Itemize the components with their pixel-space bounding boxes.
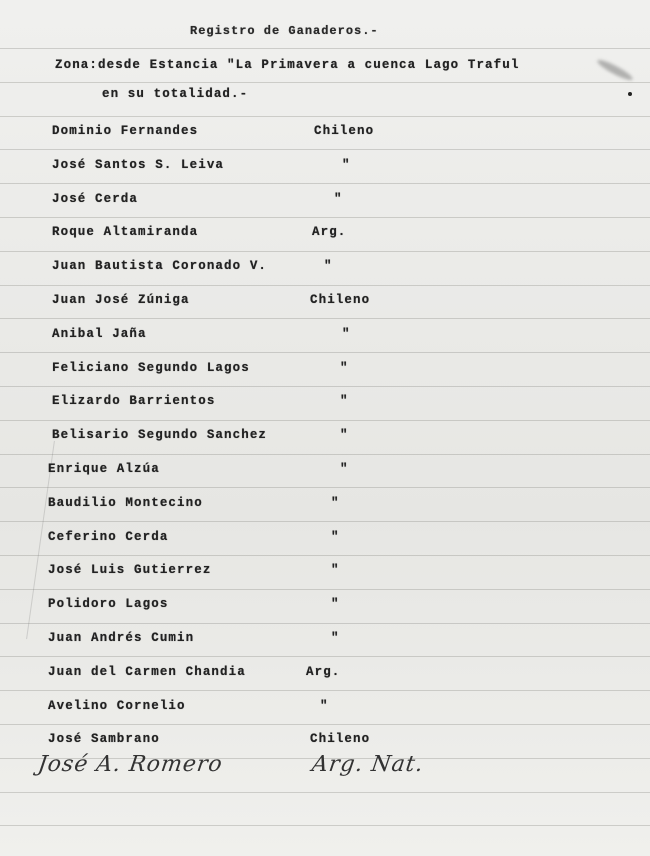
nationality-ditto-mark: " <box>331 631 340 645</box>
zone-description-line-2: en su totalidad.- <box>102 87 248 101</box>
rancher-name: Avelino Cornelio <box>48 699 186 713</box>
ruled-line <box>0 589 650 590</box>
nationality: Chileno <box>314 124 374 138</box>
ruled-line <box>0 521 650 522</box>
ruled-line <box>0 82 650 83</box>
rancher-name: Baudilio Montecino <box>48 496 203 510</box>
zone-description-line-1: Zona:desde Estancia "La Primavera a cuen… <box>55 58 519 72</box>
nationality: Chileno <box>310 293 370 307</box>
rancher-name: Polidoro Lagos <box>48 597 168 611</box>
rancher-name: Belisario Segundo Sanchez <box>52 428 267 442</box>
document-page: Registro de Ganaderos.- Zona:desde Estan… <box>0 0 650 856</box>
ruled-line <box>0 217 650 218</box>
nationality-ditto-mark: " <box>340 428 349 442</box>
rancher-name: Enrique Alzúa <box>48 462 160 476</box>
ruled-line <box>0 792 650 793</box>
rancher-name: José Luis Gutierrez <box>48 563 211 577</box>
rancher-name: Elizardo Barrientos <box>52 394 215 408</box>
ruled-line <box>0 352 650 353</box>
nationality: Chileno <box>310 732 370 746</box>
nationality-ditto-mark: " <box>331 530 340 544</box>
rancher-name: Juan Andrés Cumin <box>48 631 194 645</box>
ruled-line <box>0 386 650 387</box>
nationality-ditto-mark: " <box>331 597 340 611</box>
nationality: Arg. <box>312 225 346 239</box>
nationality-ditto-mark: " <box>340 462 349 476</box>
handwritten-name: José A. Romero <box>36 752 224 777</box>
nationality-ditto-mark: " <box>334 192 343 206</box>
rancher-name: Juan Bautista Coronado V. <box>52 259 267 273</box>
rancher-name: Feliciano Segundo Lagos <box>52 361 250 375</box>
ruled-line <box>0 623 650 624</box>
ruled-line <box>0 48 650 49</box>
ruled-line <box>0 318 650 319</box>
nationality: Arg. <box>306 665 340 679</box>
ruled-line <box>0 149 650 150</box>
ruled-line <box>0 724 650 725</box>
ruled-line <box>0 690 650 691</box>
document-title: Registro de Ganaderos.- <box>190 24 379 38</box>
rancher-name: José Santos S. Leiva <box>52 158 224 172</box>
nationality-ditto-mark: " <box>342 327 351 341</box>
rancher-name: Ceferino Cerda <box>48 530 168 544</box>
rancher-name: Anibal Jaña <box>52 327 147 341</box>
ruled-line <box>0 251 650 252</box>
ruled-line <box>0 656 650 657</box>
nationality-ditto-mark: " <box>342 158 351 172</box>
ruled-line <box>0 487 650 488</box>
ruled-line <box>0 454 650 455</box>
rancher-name: Juan José Zúniga <box>52 293 190 307</box>
ruled-line <box>0 825 650 826</box>
ruled-line <box>0 183 650 184</box>
ruled-line <box>0 116 650 117</box>
nationality-ditto-mark: " <box>340 361 349 375</box>
ruled-line <box>0 285 650 286</box>
nationality-ditto-mark: " <box>320 699 329 713</box>
rancher-name: Dominio Fernandes <box>52 124 198 138</box>
nationality-ditto-mark: " <box>331 496 340 510</box>
rancher-name: Roque Altamiranda <box>52 225 198 239</box>
handwritten-nationality: Arg. Nat. <box>310 752 425 777</box>
ruled-line <box>0 555 650 556</box>
rancher-name: Juan del Carmen Chandia <box>48 665 246 679</box>
rancher-name: José Sambrano <box>48 732 160 746</box>
nationality-ditto-mark: " <box>331 563 340 577</box>
nationality-ditto-mark: " <box>340 394 349 408</box>
nationality-ditto-mark: " <box>324 259 333 273</box>
ink-dot <box>628 92 632 96</box>
ruled-line <box>0 420 650 421</box>
ink-smudge <box>595 57 634 83</box>
rancher-name: José Cerda <box>52 192 138 206</box>
